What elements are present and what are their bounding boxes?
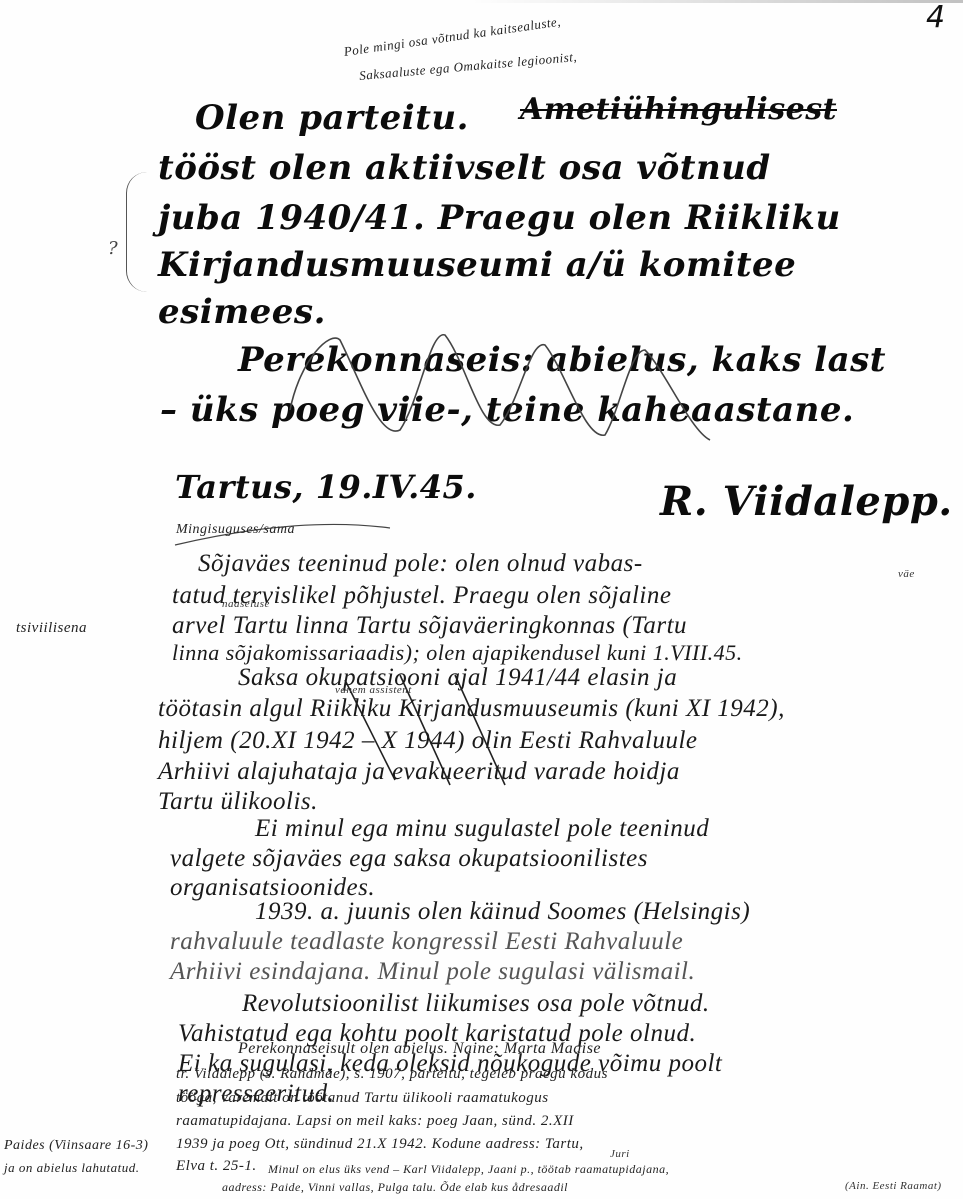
place-date: Tartus, 19.IV.45.: [175, 468, 477, 506]
line-parteitu: Olen parteitu.: [195, 98, 469, 138]
margin-note-bottom-2: ja on abielus lahutatud.: [4, 1160, 140, 1176]
p5-line4: raamatupidajana. Lapsi on meil kaks: poe…: [176, 1113, 574, 1130]
line-6: Perekonnaseis: abielus, kaks last: [238, 340, 886, 380]
line-7: – üks poeg viie-, teine kaheaastane.: [160, 390, 854, 430]
heading-note: Mingisuguses/sama: [176, 522, 295, 538]
p5-trailing-note: (Ain. Eesti Raamat): [845, 1180, 942, 1192]
p5-line8: aadress: Paide, Vinni vallas, Pulga talu…: [222, 1180, 568, 1195]
p1-insert-naaseluse: naaseluse: [222, 598, 270, 610]
p2-line4: Arhiivi alajuhataja ja evakueeritud vara…: [158, 758, 680, 786]
scan-edge: [470, 0, 963, 3]
question-mark: ?: [108, 238, 118, 259]
p1-line1: Sõjaväes teeninud pole: olen olnud vabas…: [198, 550, 643, 578]
p2-line3: hiljem (20.XI 1942 – X 1944) olin Eesti …: [158, 727, 698, 755]
p5-line6: Elva t. 25-1.: [176, 1158, 257, 1175]
page-number: 4: [926, 0, 945, 35]
p1-insert-vae: väe: [898, 568, 915, 580]
p1-line3: arvel Tartu linna Tartu sõjaväeringkonna…: [172, 612, 687, 640]
line-3: juba 1940/41. Praegu olen Riikliku: [158, 198, 841, 238]
p5-line3: tööga, varemalt on töötanud Tartu ülikoo…: [176, 1090, 549, 1107]
manuscript-page: 4 Pole mingi osa võtnud ka kaitsealuste,…: [0, 0, 963, 1199]
signature: R. Viidalepp.: [660, 478, 953, 525]
p2-line2: töötasin algul Riikliku Kirjandusmuuseum…: [158, 695, 785, 723]
line-2: tööst olen aktiivselt osa võtnud: [158, 148, 771, 188]
p1-line4: linna sõjakomissariaadis); olen ajapiken…: [172, 640, 743, 666]
p5-line7: Minul on elus üks vend – Karl Viidalepp,…: [268, 1162, 669, 1177]
insertion-note-line2: Saksaaluste ega Omakaitse legioonist,: [359, 49, 578, 84]
p2-line1: Saksa okupatsiooni ajal 1941/44 elasin j…: [238, 664, 677, 692]
p4-line1: 1939. a. juunis olen käinud Soomes (Hels…: [255, 898, 750, 926]
p3-line1: Ei minul ega minu sugulastel pole teenin…: [255, 815, 709, 843]
p5-line1: Perekonnaseisult olen abielus. Naine: Ma…: [238, 1040, 601, 1058]
margin-note-bottom-1: Paides (Viinsaare 16-3): [4, 1138, 148, 1154]
p4-line2: rahvaluule teadlaste kongressil Eesti Ra…: [170, 928, 683, 956]
p2-line5: Tartu ülikoolis.: [158, 788, 318, 816]
line-4: Kirjandusmuuseumi a/ü komitee: [158, 245, 796, 285]
struck-word: Ametiühingulisest: [520, 92, 837, 127]
p3-line2: valgete sõjaväes ega saksa okupatsioonil…: [170, 845, 648, 873]
p5-line2: tr. Viidalepp (s. Randmäe), s. 1907, par…: [176, 1066, 608, 1083]
line-5: esimees.: [158, 292, 326, 332]
margin-bracket: [126, 172, 147, 292]
p4-line3: Arhiivi esindajana. Minul pole sugulasi …: [170, 958, 695, 986]
p5-line5: 1939 ja poeg Ott, sündinud 21.X 1942. Ko…: [176, 1136, 584, 1153]
p4-line4: Revolutsioonilist liikumises osa pole võ…: [242, 990, 710, 1018]
p5-insert-juri: Juri: [610, 1148, 630, 1160]
margin-note-tsiviil: tsiviilisena: [16, 620, 87, 637]
